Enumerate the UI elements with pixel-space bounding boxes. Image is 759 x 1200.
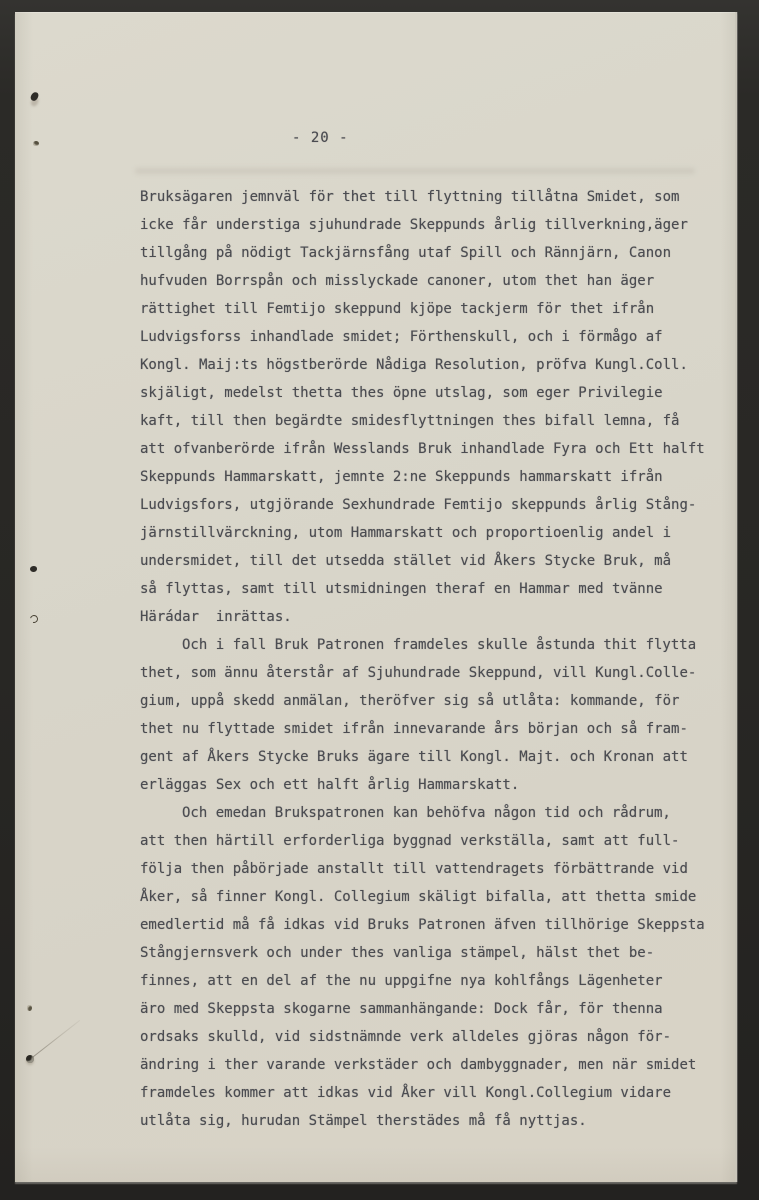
text-line: Stångjernsverk och under thes vanliga st… [140, 939, 720, 967]
text-line: gent af Åkers Stycke Bruks ägare till Ko… [140, 743, 720, 771]
text-line: tillgång på nödigt Tackjärnsfång utaf Sp… [140, 239, 720, 267]
paper-speck [27, 1005, 32, 1011]
text-line: Och emedan Brukspatronen kan behöfva någ… [140, 799, 720, 827]
text-line: emedlertid må få idkas vid Bruks Patrone… [140, 911, 720, 939]
text-line: thet, som ännu återstår af Sjuhundrade S… [140, 659, 720, 687]
text-line: hufvuden Borrspån och misslyckade canone… [140, 267, 720, 295]
text-line: skjäligt, medelst thetta thes öpne utsla… [140, 379, 720, 407]
paper-speck [29, 614, 40, 625]
punch-hole [30, 91, 40, 102]
text-line: att ofvanberörde ifrån Wesslands Bruk in… [140, 435, 720, 463]
text-line: Kongl. Maij:ts högstberörde Nådiga Resol… [140, 351, 720, 379]
text-line: Bruksägaren jemnväl för thet till flyttn… [140, 183, 720, 211]
page-number: - 20 - [292, 130, 349, 146]
text-line: icke får understiga sjuhundrade Skeppund… [140, 211, 720, 239]
text-line: gium, uppå skedd anmälan, theröfver sig … [140, 687, 720, 715]
scan-background: - 20 - Bruksägaren jemnväl för thet till… [0, 0, 759, 1200]
text-line: Och i fall Bruk Patronen framdeles skull… [140, 631, 720, 659]
body-text: Bruksägaren jemnväl för thet till flyttn… [140, 183, 720, 1135]
text-line: finnes, att en del af the nu uppgifne ny… [140, 967, 720, 995]
text-line: Ludvigsfors, utgjörande Sexhundrade Femt… [140, 491, 720, 519]
document-page: - 20 - Bruksägaren jemnväl för thet till… [15, 12, 737, 1182]
text-line: att then härtill erforderliga byggnad ve… [140, 827, 720, 855]
text-line: ordsaks skulld, vid sidstnämnde verk all… [140, 1023, 720, 1051]
text-line: så flyttas, samt till utsmidningen thera… [140, 575, 720, 603]
text-line: följa then påbörjade anstallt till vatte… [140, 855, 720, 883]
punch-hole [30, 566, 37, 572]
text-line: Härádar inrättas. [140, 603, 720, 631]
text-line: äro med Skeppsta skogarne sammanhängande… [140, 995, 720, 1023]
text-line: kaft, till then begärdte smidesflyttning… [140, 407, 720, 435]
text-line: rättighet till Femtijo skeppund kjöpe ta… [140, 295, 720, 323]
paper-crease [31, 1020, 80, 1059]
text-line: utlåta sig, hurudan Stämpel therstädes m… [140, 1107, 720, 1135]
text-line: Åker, så finner Kongl. Collegium skäligt… [140, 883, 720, 911]
text-line: Skeppunds Hammarskatt, jemnte 2:ne Skepp… [140, 463, 720, 491]
text-line: järnstillvärckning, utom Hammarskatt och… [140, 519, 720, 547]
text-line: framdeles kommer att idkas vid Åker vill… [140, 1079, 720, 1107]
text-line: erläggas Sex och ett halft årlig Hammars… [140, 771, 720, 799]
text-line: ändring i ther varande verkstäder och da… [140, 1051, 720, 1079]
paper-smudge [135, 168, 695, 174]
text-line: thet nu flyttade smidet ifrån innevarand… [140, 715, 720, 743]
paper-speck [33, 141, 39, 146]
text-line: Ludvigsforss inhandlade smidet; Förthens… [140, 323, 720, 351]
text-line: undersmidet, till det utsedda stället vi… [140, 547, 720, 575]
